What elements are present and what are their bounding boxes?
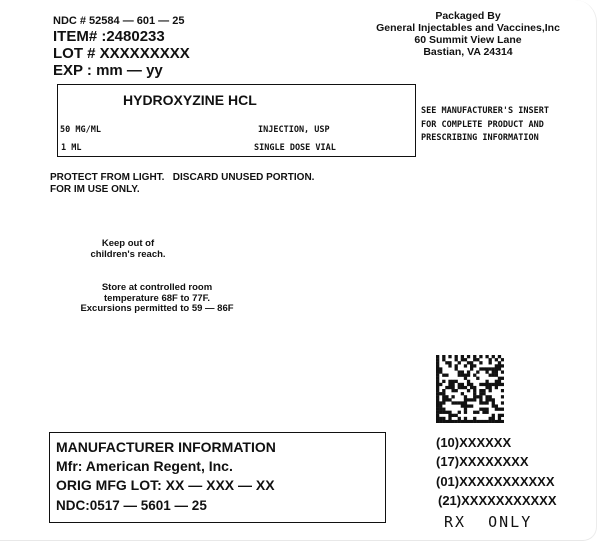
data-matrix-icon [436,355,504,423]
drug-strength: 50 MG/ML [60,125,101,135]
packager-address-line1: 60 Summit View Lane [352,34,584,46]
dosage-form: INJECTION, USP [258,125,330,135]
insert-line1: SEE MANUFACTURER'S INSERT [421,105,549,119]
packager-info: Packaged By General Injectables and Vacc… [352,10,584,58]
manufacturer-title: MANUFACTURER INFORMATION [56,439,276,455]
warning-line1: PROTECT FROM LIGHT. DISCARD UNUSED PORTI… [50,172,314,184]
rx-only: RX ONLY [444,513,532,531]
packager-ndc: NDC # 52584 — 601 — 25 [53,15,184,27]
keep-out-line2: children's reach. [88,249,168,260]
manufacturer-ndc: NDC:0517 — 5601 — 25 [56,498,207,513]
gs1-ai-21: (21)XXXXXXXXXXX [438,493,557,508]
original-lot: ORIG MFG LOT: XX — XXX — XX [56,477,275,493]
insert-notice: SEE MANUFACTURER'S INSERT FOR COMPLETE P… [421,105,549,146]
packager-heading: Packaged By [352,10,584,22]
insert-line2: FOR COMPLETE PRODUCT AND [421,119,549,133]
container-type: SINGLE DOSE VIAL [254,143,336,153]
warning-line2: FOR IM USE ONLY. [50,184,314,196]
gs1-ai-01: (01)XXXXXXXXXXX [436,474,555,489]
product-box: HYDROXYZINE HCL 50 MG/ML INJECTION, USP … [57,84,416,157]
storage-line1: Store at controlled room [62,283,252,294]
expiration-date: EXP : mm — yy [53,62,163,79]
drug-name: HYDROXYZINE HCL [123,92,257,108]
storage-notice: Store at controlled room temperature 68F… [62,283,252,315]
handling-warnings: PROTECT FROM LIGHT. DISCARD UNUSED PORTI… [50,172,314,196]
keep-out-notice: Keep out of children's reach. [88,238,168,260]
manufacturer-name: Mfr: American Regent, Inc. [56,458,233,474]
manufacturer-box: MANUFACTURER INFORMATION Mfr: American R… [49,432,386,523]
lot-number: LOT # XXXXXXXXX [53,45,190,62]
packager-address-line2: Bastian, VA 24314 [352,46,584,58]
fill-volume: 1 ML [61,143,81,153]
item-number: ITEM# :2480233 [53,28,165,45]
insert-line3: PRESCRIBING INFORMATION [421,132,549,146]
packager-company: General Injectables and Vaccines,Inc [352,22,584,34]
gs1-ai-17: (17)XXXXXXXX [436,454,529,469]
keep-out-line1: Keep out of [88,238,168,249]
gs1-ai-10: (10)XXXXXX [436,435,511,450]
storage-line3: Excursions permitted to 59 — 86F [62,304,252,315]
